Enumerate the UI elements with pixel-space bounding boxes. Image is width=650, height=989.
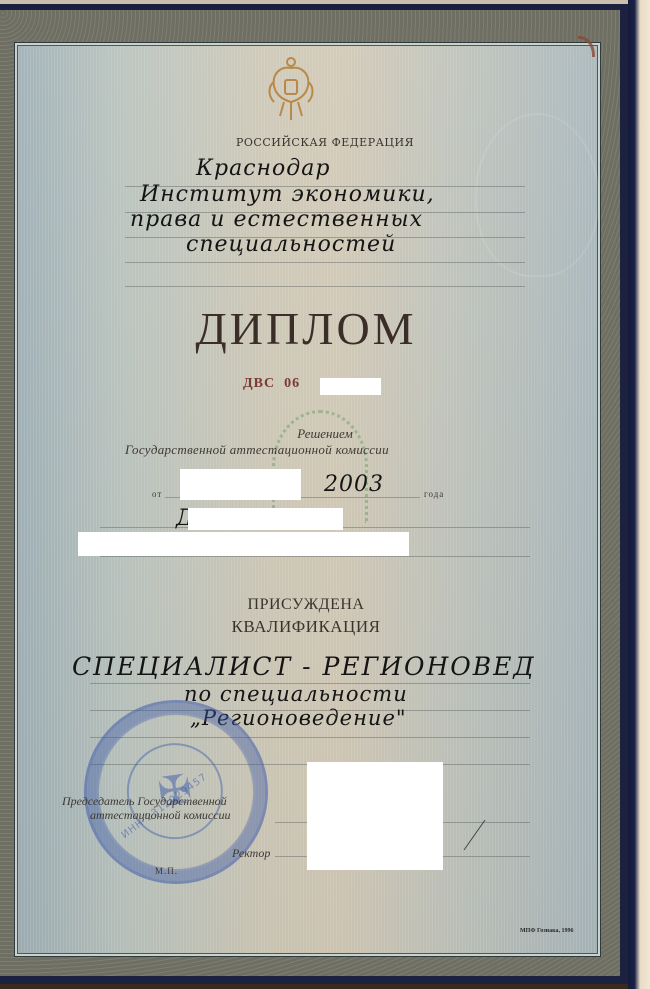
commission-label: Государственной аттестационной комиссии bbox=[125, 442, 389, 458]
redaction-box bbox=[78, 532, 409, 556]
chairman-label-cont: аттестационной комиссии bbox=[90, 808, 231, 823]
redaction-box bbox=[307, 762, 443, 870]
double-headed-eagle-icon bbox=[266, 56, 316, 124]
form-line bbox=[100, 556, 530, 557]
redaction-box bbox=[180, 469, 301, 500]
institution-line: специальностей bbox=[186, 232, 396, 257]
printer-mark: МПФ Гознака, 1996 bbox=[520, 928, 574, 934]
form-line bbox=[125, 286, 525, 287]
redaction-box bbox=[188, 508, 343, 530]
awarded-label: ПРИСУЖДЕНА bbox=[0, 596, 612, 614]
qualification-value: специалист - регионовед bbox=[72, 652, 536, 681]
seal-mark: М.П. bbox=[155, 866, 178, 876]
redaction-box bbox=[320, 378, 381, 395]
country-header: РОССИЙСКАЯ ФЕДЕРАЦИЯ bbox=[0, 136, 650, 149]
institution-city: Краснодар bbox=[196, 156, 330, 181]
form-line bbox=[125, 262, 525, 263]
institution-line: права и естественных bbox=[130, 207, 423, 232]
specialty-prefix: по специальности bbox=[184, 682, 408, 706]
decision-label: Решением bbox=[0, 426, 650, 442]
document-title: ДИПЛОМ bbox=[0, 302, 612, 355]
date-prefix: от bbox=[152, 489, 162, 499]
serial-prefix: ДВС bbox=[243, 376, 275, 391]
serial-digits: 06 bbox=[284, 376, 300, 391]
qualification-label: КВАЛИФИКАЦИЯ bbox=[0, 617, 612, 637]
chairman-label: Председатель Государственной bbox=[62, 794, 227, 809]
date-year: 2003 bbox=[324, 472, 384, 497]
rector-label: Ректор bbox=[232, 846, 270, 861]
serial-number: ДВС 06 bbox=[243, 376, 300, 392]
date-suffix: года bbox=[424, 489, 444, 499]
institution-line: Институт экономики, bbox=[140, 182, 435, 207]
